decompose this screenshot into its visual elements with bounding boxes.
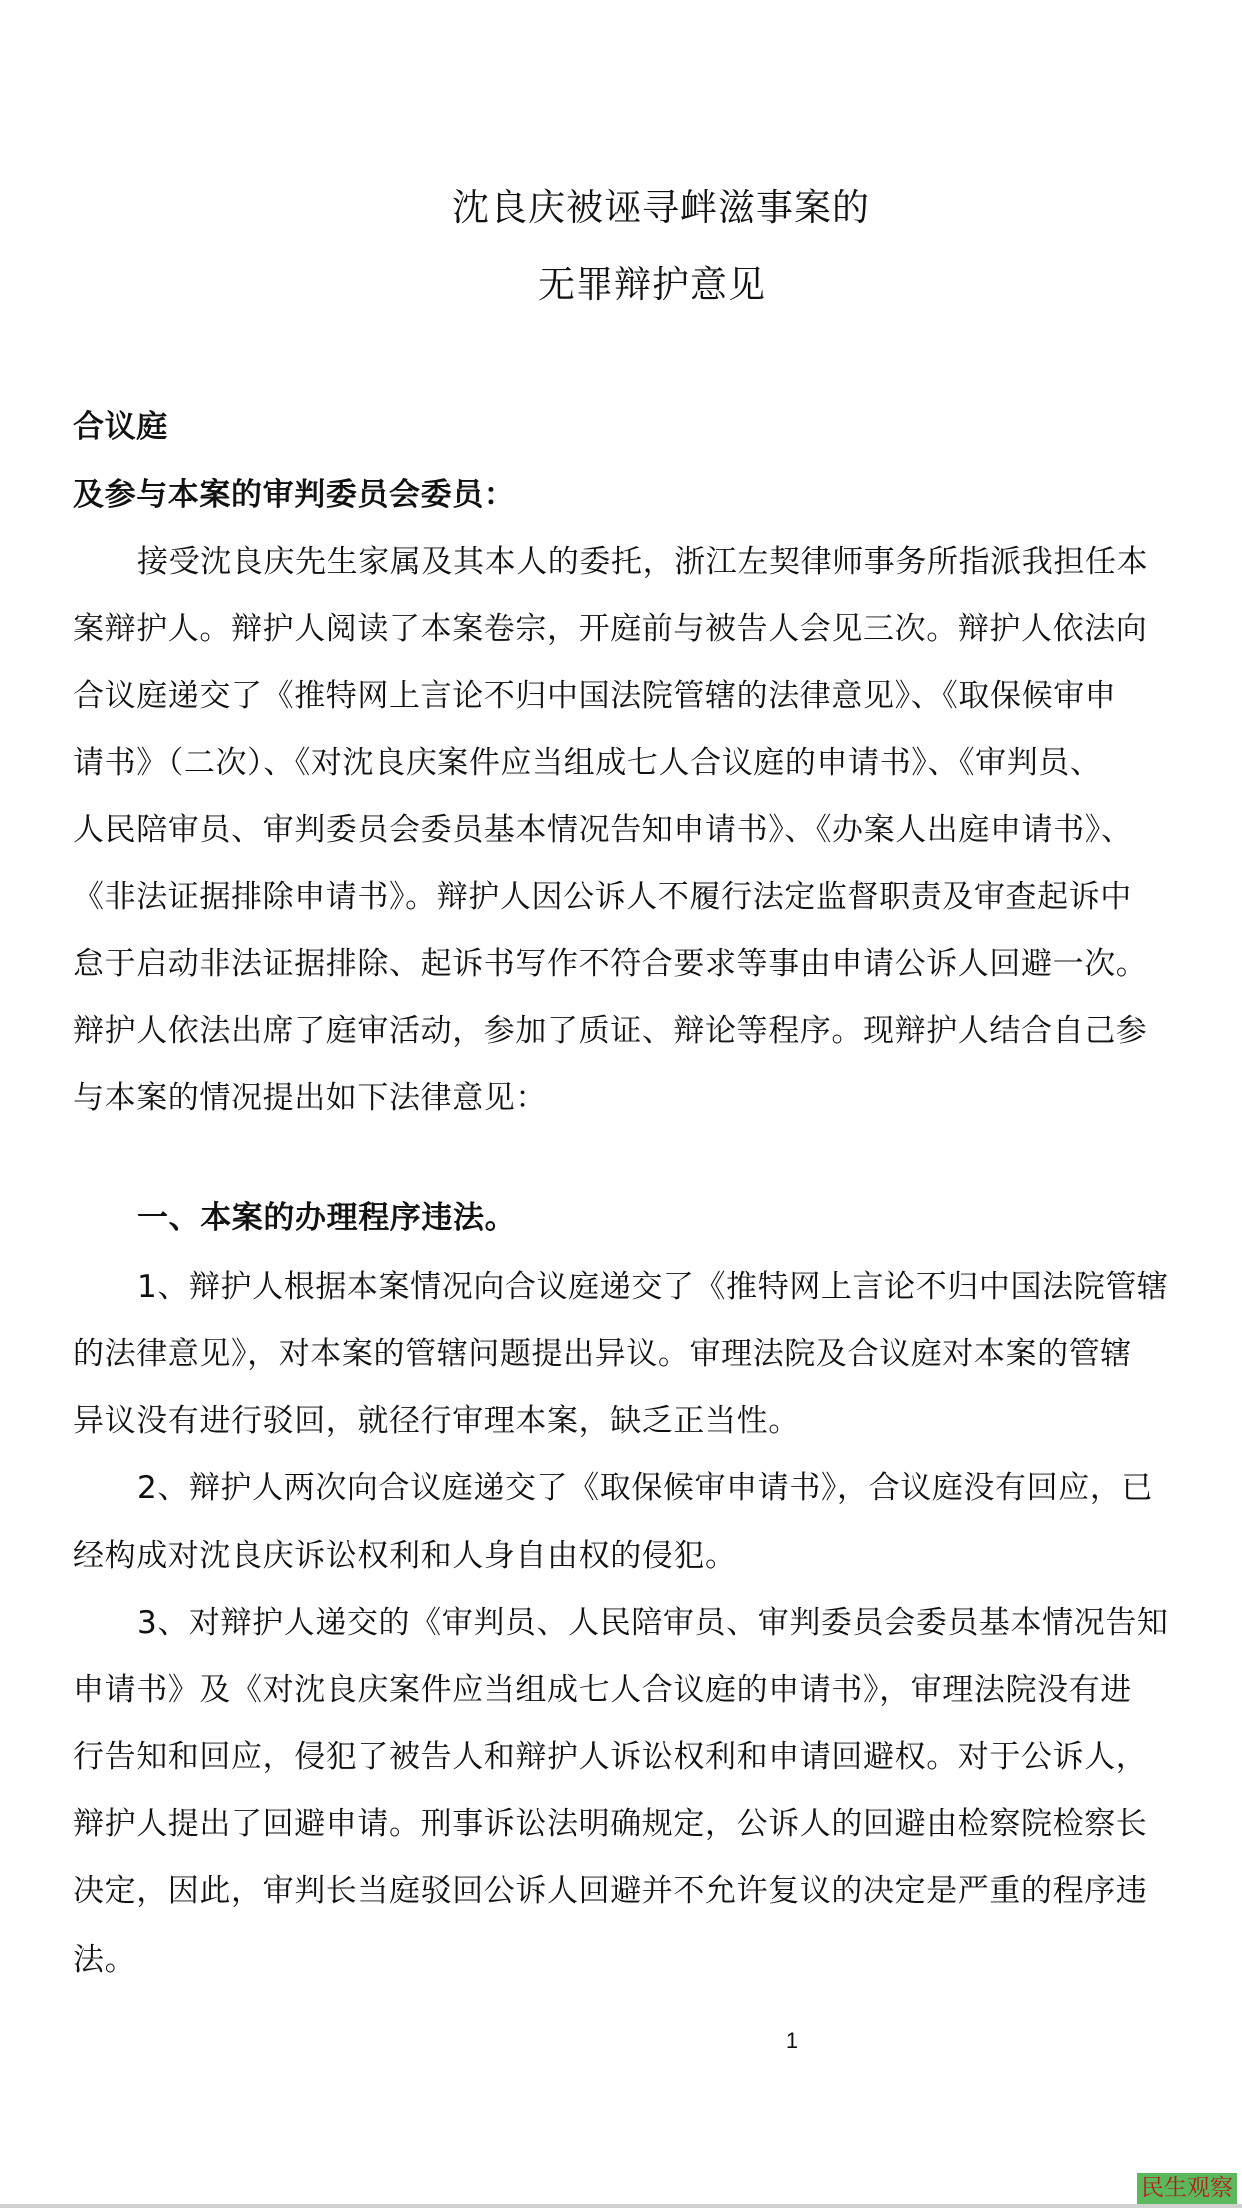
bottom-divider — [0, 2204, 1242, 2208]
paragraph-line: 辩护人依法出席了庭审活动，参加了质证、辩论等程序。现辩护人结合自己参 — [73, 1011, 1173, 1051]
paragraph-line: 3、对辩护人递交的《审判员、人民陪审员、审判委员会委员基本情况告知 — [137, 1603, 1173, 1643]
paragraph-line: 辩护人提出了回避申请。刑事诉讼法明确规定，公诉人的回避由检察院检察长 — [73, 1804, 1173, 1844]
document-page: 沈良庆被诬寻衅滋事案的 无罪辩护意见 合议庭 及参与本案的审判委员会委员： 接受… — [0, 0, 1242, 2204]
paragraph-line: 请书》（二次）、《对沈良庆案件应当组成七人合议庭的申请书》、《审判员、 — [73, 743, 1173, 783]
paragraph-line: 2、辩护人两次向合议庭递交了《取保候审申请书》，合议庭没有回应，已 — [137, 1468, 1173, 1508]
paragraph-line: 异议没有进行驳回，就径行审理本案，缺乏正当性。 — [73, 1401, 1173, 1441]
paragraph-line: 经构成对沈良庆诉讼权利和人身自由权的侵犯。 — [73, 1536, 1173, 1576]
paragraph-line: 人民陪审员、审判委员会委员基本情况告知申请书》、《办案人出庭申请书》、 — [73, 810, 1173, 850]
paragraph-line: 与本案的情况提出如下法律意见： — [73, 1078, 1173, 1118]
paragraph-line: 决定，因此，审判长当庭驳回公诉人回避并不允许复议的决定是严重的程序违 — [73, 1871, 1173, 1911]
paragraph-line: 申请书》及《对沈良庆案件应当组成七人合议庭的申请书》，审理法院没有进 — [73, 1670, 1173, 1710]
paragraph-line: 的法律意见》，对本案的管辖问题提出异议。审理法院及合议庭对本案的管辖 — [73, 1334, 1173, 1374]
salutation-line-2: 及参与本案的审判委员会委员： — [73, 475, 1173, 515]
document-title-line-1: 沈良庆被诬寻衅滋事案的 — [452, 186, 852, 230]
section-heading: 一、本案的办理程序违法。 — [137, 1198, 1173, 1238]
paragraph-line: 接受沈良庆先生家属及其本人的委托，浙江左契律师事务所指派我担任本 — [137, 542, 1173, 582]
salutation-line-1: 合议庭 — [73, 407, 1173, 447]
paragraph-line: 法。 — [73, 1940, 1173, 1980]
paragraph-line: 1、辩护人根据本案情况向合议庭递交了《推特网上言论不归中国法院管辖 — [137, 1267, 1173, 1307]
paragraph-line: 合议庭递交了《推特网上言论不归中国法院管辖的法律意见》、《取保候审申 — [73, 676, 1173, 716]
watermark-badge: 民生观察 — [1137, 2173, 1237, 2204]
paragraph-line: 案辩护人。辩护人阅读了本案卷宗，开庭前与被告人会见三次。辩护人依法向 — [73, 609, 1173, 649]
paragraph-line: 《非法证据排除申请书》。辩护人因公诉人不履行法定监督职责及审查起诉中 — [73, 877, 1173, 917]
page-number: 1 — [780, 2028, 804, 2054]
paragraph-line: 行告知和回应，侵犯了被告人和辩护人诉讼权利和申请回避权。对于公诉人， — [73, 1737, 1173, 1777]
paragraph-line: 怠于启动非法证据排除、起诉书写作不符合要求等事由申请公诉人回避一次。 — [73, 944, 1173, 984]
document-title-line-2: 无罪辩护意见 — [452, 263, 852, 307]
